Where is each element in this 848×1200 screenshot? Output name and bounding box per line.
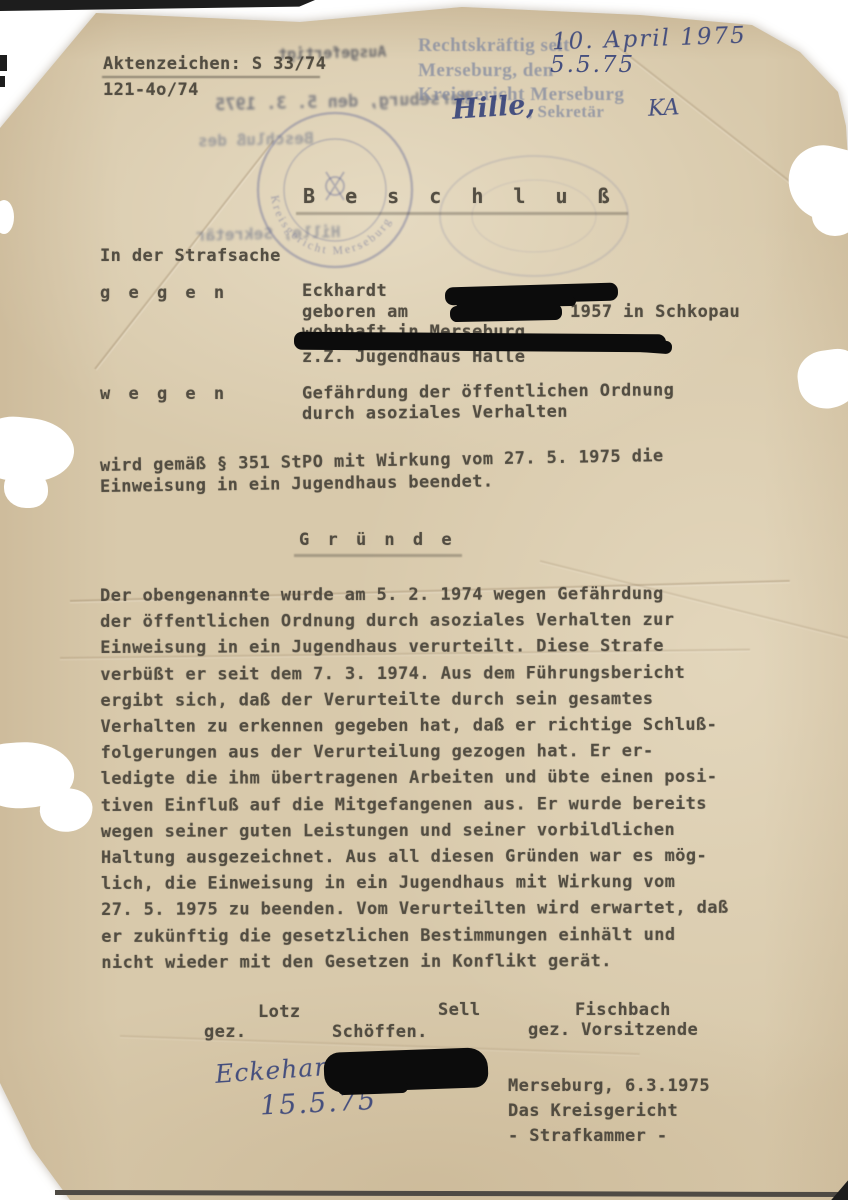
- text-line: tiven Einfluß auf die Mitgefangenen aus.…: [101, 790, 729, 818]
- handwritten-initials: KA: [647, 95, 680, 122]
- reasons-underline: [294, 554, 462, 557]
- legal-stamp-line4: , Sekretär: [528, 102, 604, 122]
- gegen-label: g e g e n: [100, 283, 228, 303]
- scanner-edge-mark: [0, 55, 7, 71]
- signature-name-sell: Sell: [438, 1000, 481, 1020]
- text-line: Haltung ausgezeichnet. Aus all diesen Gr…: [101, 843, 729, 871]
- redaction-bar-birthdate: [450, 304, 562, 322]
- file-reference-line1: Aktenzeichen: S 33/74: [103, 54, 326, 74]
- scanner-edge-mark: [0, 76, 5, 87]
- text-line: wegen seiner guten Leistungen und seiner…: [101, 817, 729, 845]
- case-intro: In der Strafsache: [100, 246, 281, 266]
- signature-name-lotz: Lotz: [258, 1002, 301, 1022]
- scanned-document: Ausgefertigt Merseburg, den 5. 3. 1975 B…: [0, 0, 848, 1200]
- charge-line2: durch asoziales Verhalten: [302, 402, 568, 424]
- charge-line1: Gefährdung der öffentlichen Ordnung: [302, 380, 674, 403]
- text-line: ledigte die ihm übertragenen Arbeiten un…: [101, 764, 729, 792]
- text-line: 27. 5. 1975 zu beenden. Vom Verurteilten…: [101, 895, 729, 923]
- title-underline: [296, 212, 628, 215]
- text-line: Der obengenannte wurde am 5. 2. 1974 weg…: [100, 581, 728, 609]
- redaction-bar-address: [294, 332, 666, 353]
- file-reference-underline: [102, 76, 320, 78]
- redaction-blob-signature2: [338, 1081, 408, 1095]
- defendant-born-prefix: geboren am: [302, 302, 408, 322]
- text-line: er zukünftig die gesetzlichen Bestimmung…: [101, 921, 729, 949]
- defendant-born-suffix: 1957 in Schkopau: [570, 302, 740, 322]
- text-line: der öffentlichen Ordnung durch asoziales…: [100, 607, 728, 635]
- reasons-paragraph: Der obengenannte wurde am 5. 2. 1974 weg…: [100, 581, 729, 976]
- defendant-name: Eckhardt: [302, 281, 387, 301]
- closing-court: Das Kreisgericht: [508, 1101, 678, 1121]
- text-line: ergibt sich, daß der Verurteilte durch s…: [100, 686, 728, 714]
- reasons-title: G r ü n d e: [299, 530, 456, 550]
- file-reference-line2: 121-4o/74: [103, 80, 199, 100]
- handwritten-date-stamped: 5.5.75: [550, 52, 635, 78]
- closing-chamber: - Strafkammer -: [508, 1126, 668, 1146]
- text-line: nicht wieder mit den Gesetzen in Konflik…: [101, 948, 729, 976]
- signature-name-fischbach: Fischbach: [575, 1000, 671, 1020]
- closing-place-date: Merseburg, 6.3.1975: [508, 1076, 710, 1096]
- text-line: Einweisung in ein Jugendhaus verurteilt.…: [100, 633, 728, 661]
- legal-stamp-line2: Merseburg, den: [418, 60, 554, 82]
- signature-role-left: Schöffen.: [332, 1022, 428, 1042]
- torn-edge: [4, 468, 48, 508]
- legal-stamp-line1: Rechtskräftig seit: [418, 35, 570, 57]
- text-line: folgerungen aus der Verurteilung gezogen…: [101, 738, 729, 766]
- wegen-label: w e g e n: [100, 384, 228, 404]
- secretary-signature: Hille,: [451, 89, 536, 126]
- oval-stamp: [428, 146, 643, 286]
- signature-gez-left: gez.: [204, 1022, 247, 1042]
- document-title: B e s c h l u ß: [303, 184, 619, 208]
- signature-gez-right: gez. Vorsitzende: [528, 1020, 698, 1040]
- text-line: verbüßt er seit dem 7. 3. 1974. Aus dem …: [100, 659, 728, 687]
- text-line: lich, die Einweisung in ein Jugendhaus m…: [101, 869, 729, 897]
- redaction-bar-address-end: [636, 339, 673, 354]
- text-line: Verhalten zu erkennen gegeben hat, daß e…: [100, 712, 728, 740]
